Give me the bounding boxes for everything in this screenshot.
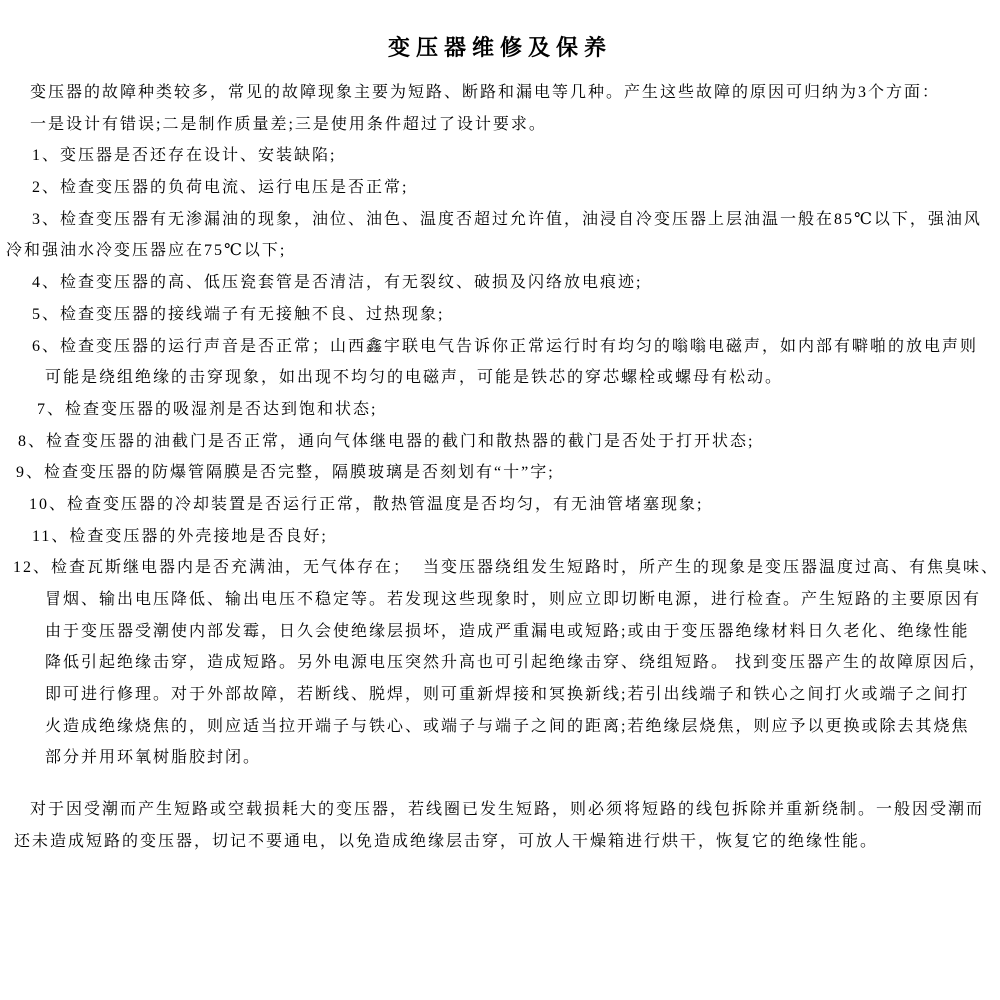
item-7: 7、检查变压器的吸湿剂是否达到饱和状态; — [0, 394, 1000, 426]
item-5: 5、检查变压器的接线端子有无接触不良、过热现象; — [0, 299, 1000, 331]
intro-line-2: 一是设计有错误;二是制作质量差;三是使用条件超过了设计要求。 — [0, 109, 1000, 141]
item-12-line-1: 12、检查瓦斯继电器内是否充满油，无气体存在； 当变压器绕组发生短路时，所产生的… — [0, 552, 1000, 584]
closing-line-2: 还未造成短路的变压器，切记不要通电，以免造成绝缘层击穿，可放人干燥箱进行烘干，恢… — [0, 826, 1000, 858]
item-8: 8、检查变压器的油截门是否正常，通向气体继电器的截门和散热器的截门是否处于打开状… — [0, 426, 1000, 458]
item-12-line-3: 由于变压器受潮使内部发霉，日久会使绝缘层损坏，造成严重漏电或短路;或由于变压器绝… — [0, 616, 1000, 648]
intro-line-1: 变压器的故障种类较多，常见的故障现象主要为短路、断路和漏电等几种。产生这些故障的… — [0, 77, 1000, 109]
document-lines: 变压器的故障种类较多，常见的故障现象主要为短路、断路和漏电等几种。产生这些故障的… — [0, 77, 1000, 858]
item-12-line-7: 部分并用环氧树脂胶封闭。 — [0, 742, 1000, 774]
item-12-line-4: 降低引起绝缘击穿，造成短路。另外电源电压突然升高也可引起绝缘击穿、绕组短路。 找… — [0, 647, 1000, 679]
document-page: 变压器维修及保养 变压器的故障种类较多，常见的故障现象主要为短路、断路和漏电等几… — [0, 0, 1000, 1000]
item-12-line-6: 火造成绝缘烧焦的，则应适当拉开端子与铁心、或端子与端子之间的距离;若绝缘层烧焦，… — [0, 711, 1000, 743]
item-4: 4、检查变压器的高、低压瓷套管是否清洁，有无裂纹、破损及闪络放电痕迹; — [0, 267, 1000, 299]
item-6-line-2: 可能是绕组绝缘的击穿现象，如出现不均匀的电磁声，可能是铁芯的穿芯螺栓或螺母有松动… — [0, 362, 1000, 394]
item-2: 2、检查变压器的负荷电流、运行电压是否正常; — [0, 172, 1000, 204]
item-6-line-1: 6、检查变压器的运行声音是否正常；山西鑫宇联电气告诉你正常运行时有均匀的嗡嗡电磁… — [0, 331, 1000, 363]
closing-line-1: 对于因受潮而产生短路或空载损耗大的变压器，若线圈已发生短路，则必须将短路的线包拆… — [0, 794, 1000, 826]
item-3-line-2: 冷和强油水冷变压器应在75℃以下; — [0, 235, 1000, 267]
item-12-line-5: 即可进行修理。对于外部故障，若断线、脱焊，则可重新焊接和冥换新线;若引出线端子和… — [0, 679, 1000, 711]
item-11: 11、检查变压器的外壳接地是否良好; — [0, 521, 1000, 553]
item-12-line-2: 冒烟、输出电压降低、输出电压不稳定等。若发现这些现象时，则应立即切断电源，进行检… — [0, 584, 1000, 616]
item-9: 9、检查变压器的防爆管隔膜是否完整，隔膜玻璃是否刻划有“十”字; — [0, 457, 1000, 489]
item-1: 1、变压器是否还存在设计、安装缺陷; — [0, 140, 1000, 172]
item-3-line-1: 3、检查变压器有无渗漏油的现象，油位、油色、温度否超过允许值，油浸自冷变压器上层… — [0, 204, 1000, 236]
item-10: 10、检查变压器的冷却装置是否运行正常，散热管温度是否均匀，有无油管堵塞现象; — [0, 489, 1000, 521]
page-title: 变压器维修及保养 — [0, 34, 1000, 62]
